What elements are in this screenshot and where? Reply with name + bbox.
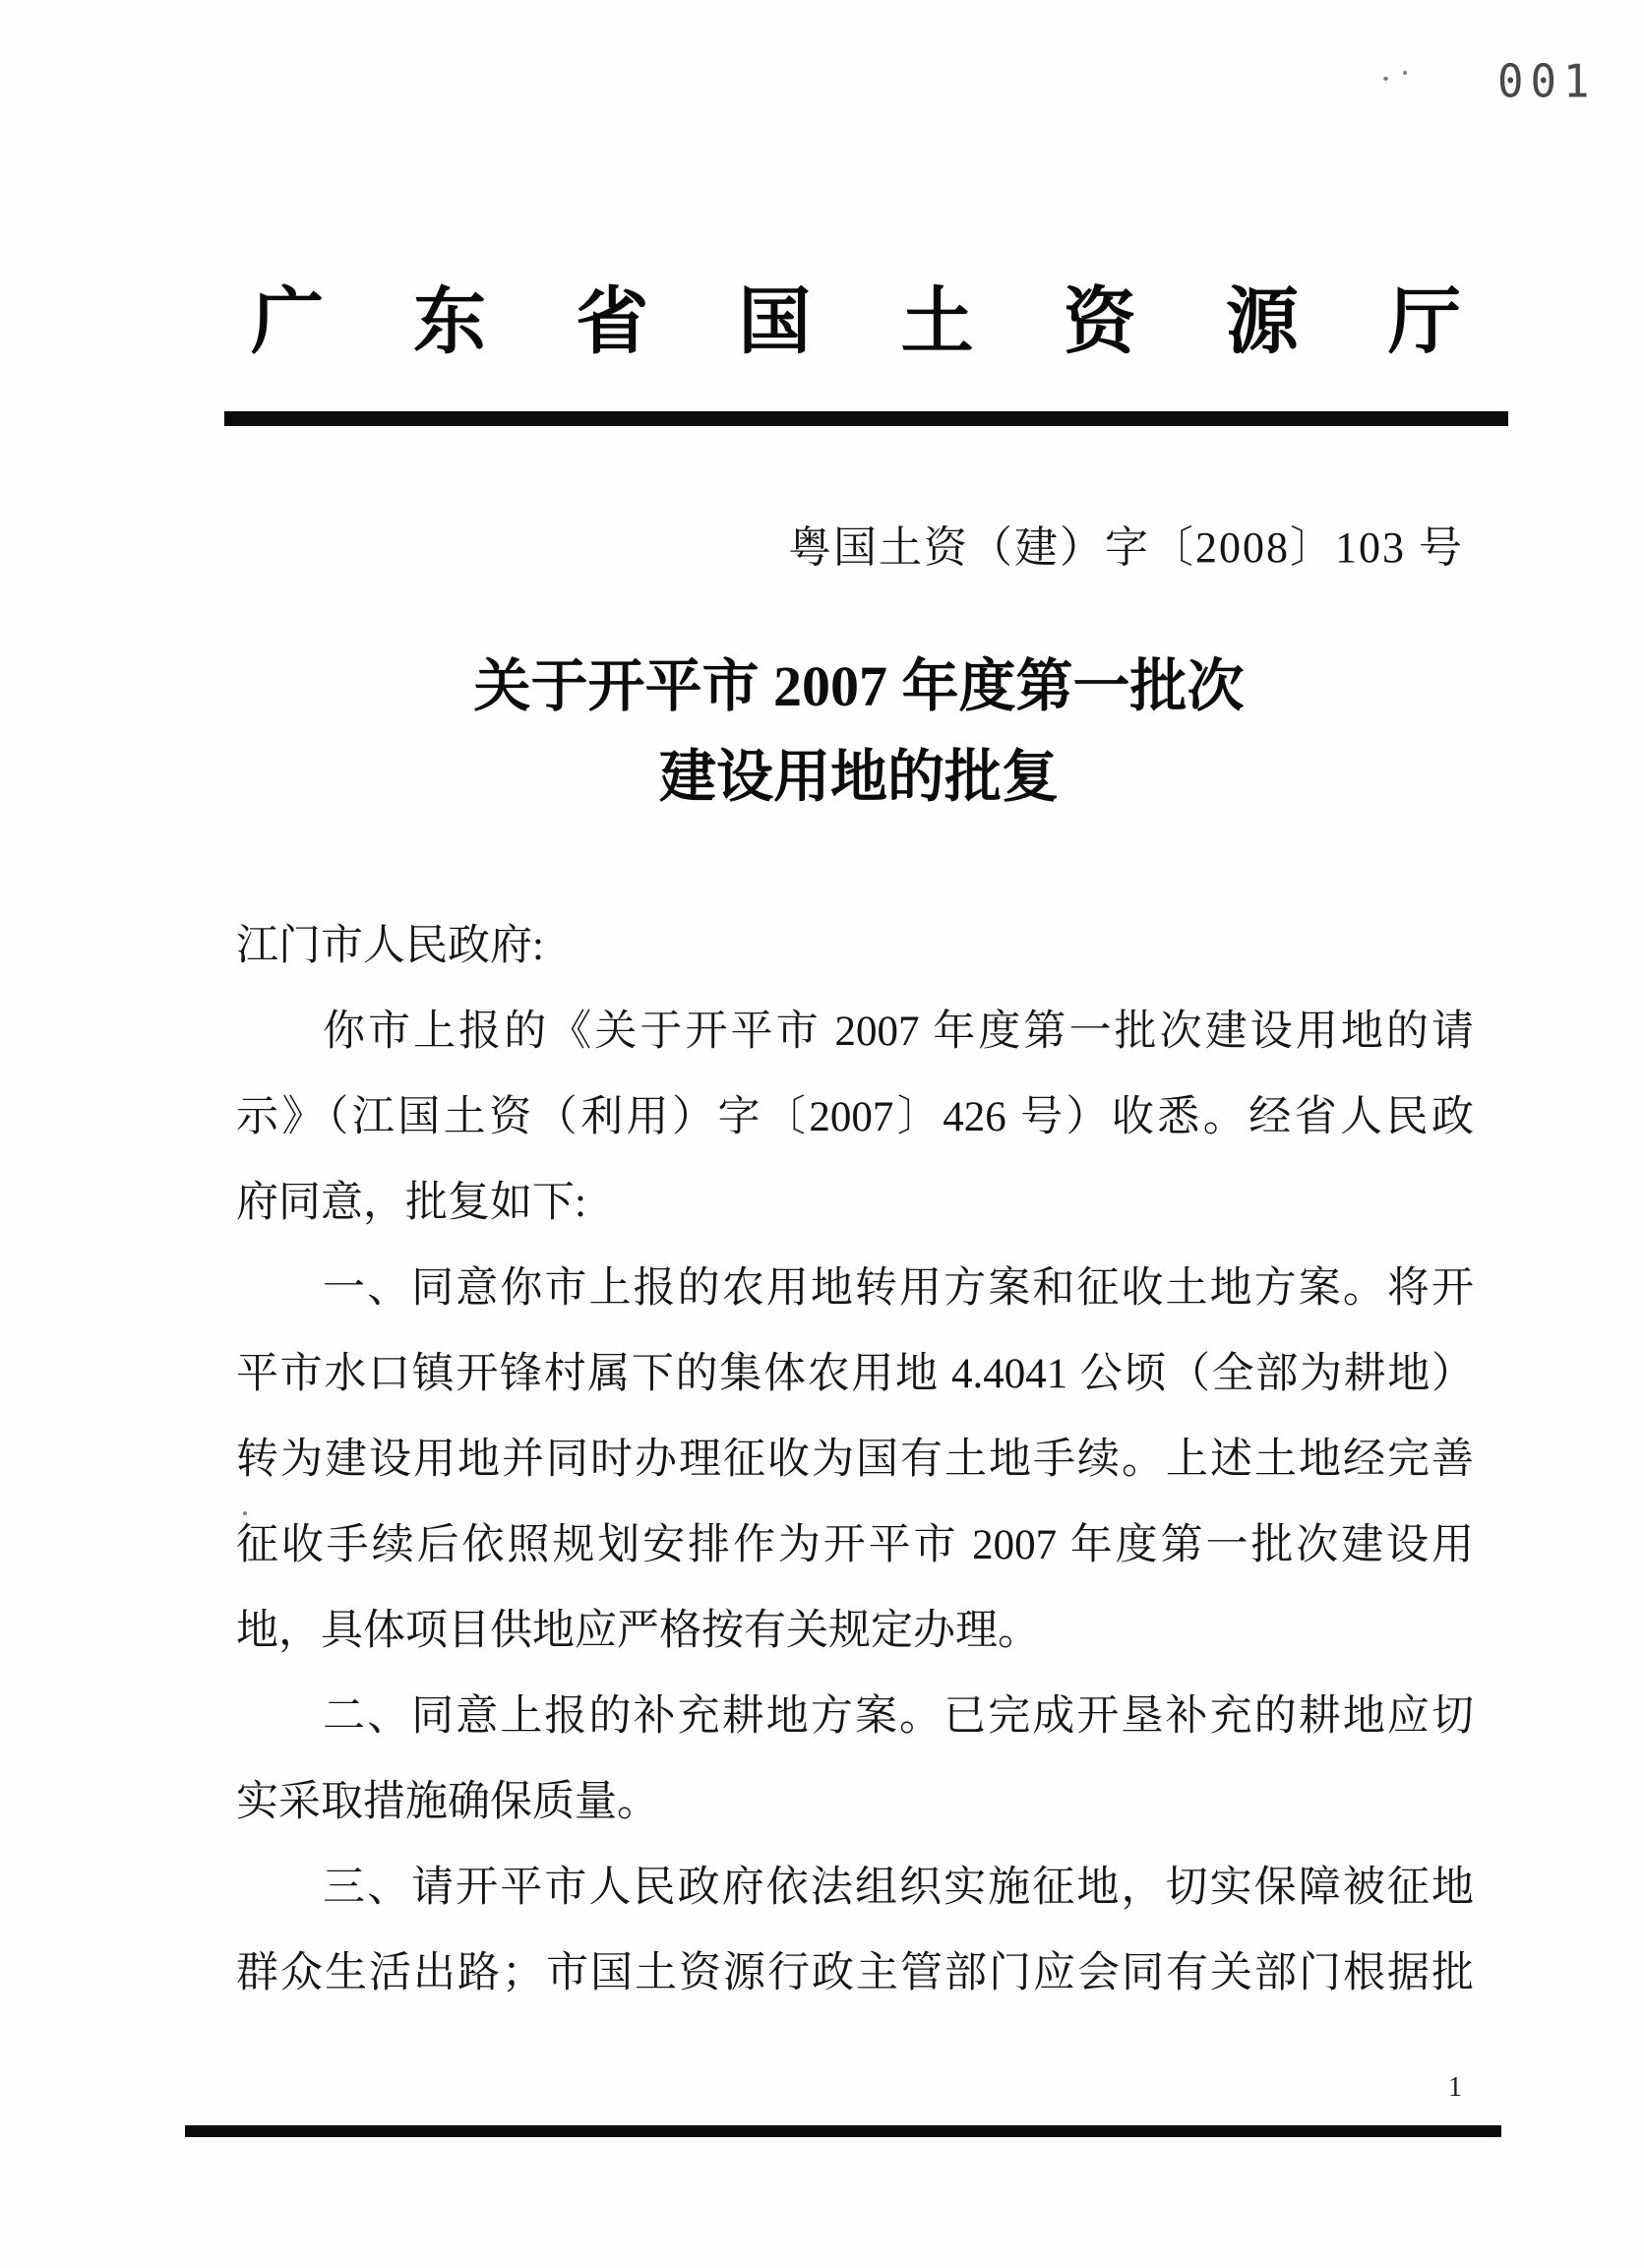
body-line: 三、请开平市人民政府依法组织实施征地，切实保障被征地 xyxy=(236,1845,1474,1931)
body-line: 征收手续后依照规划安排作为开平市 2007 年度第一批次建设用 xyxy=(236,1502,1474,1588)
document-reference-number: 粤国土资（建）字〔2008〕103 号 xyxy=(788,512,1464,575)
body-line: 府同意，批复如下: xyxy=(236,1160,1474,1246)
document-title-line1: 关于开平市 2007 年度第一批次 xyxy=(76,642,1642,732)
salutation: 江门市人民政府: xyxy=(236,903,1474,989)
body-line: 平市水口镇开锋村属下的集体农用地 4.4041 公顷（全部为耕地） xyxy=(236,1331,1474,1417)
header-rule xyxy=(224,411,1508,426)
body-line: 实采取措施确保质量。 xyxy=(236,1759,1474,1845)
scan-speck xyxy=(1403,71,1407,75)
page-stamp-number: 001 xyxy=(1497,56,1596,109)
page-number: 1 xyxy=(1448,2072,1462,2104)
letterhead-char: 国 xyxy=(738,264,811,368)
body-text: 江门市人民政府: 你市上报的《关于开平市 2007 年度第一批次建设用地的请示》… xyxy=(236,903,1474,2016)
document-title-line2: 建设用地的批复 xyxy=(76,732,1642,823)
body-line: 地，具体项目供地应严格按有关规定办理。 xyxy=(236,1588,1474,1674)
letterhead-char: 土 xyxy=(901,264,974,368)
letterhead-char: 资 xyxy=(1064,264,1136,368)
footer-rule xyxy=(185,2125,1501,2137)
letterhead-char: 广 xyxy=(251,264,324,368)
letterhead-char: 东 xyxy=(413,264,486,368)
body-line: 一、同意你市上报的农用地转用方案和征收土地方案。将开 xyxy=(236,1246,1474,1331)
scan-speck xyxy=(1383,77,1388,81)
body-line: 二、同意上报的补充耕地方案。已完成开垦补充的耕地应切 xyxy=(236,1674,1474,1759)
letterhead-char: 省 xyxy=(576,264,648,368)
letterhead-char: 厅 xyxy=(1388,264,1461,368)
body-line: 你市上报的《关于开平市 2007 年度第一批次建设用地的请 xyxy=(236,989,1474,1074)
body-line: 示》（江国土资（利用）字〔2007〕426 号）收悉。经省人民政 xyxy=(236,1074,1474,1160)
letterhead-char: 源 xyxy=(1226,264,1299,368)
document-page: 001 广东省国土资源厅 粤国土资（建）字〔2008〕103 号 关于开平市 2… xyxy=(0,0,1644,2268)
body-line: 转为建设用地并同时办理征收为国有土地手续。上述土地经完善 xyxy=(236,1417,1474,1502)
body-line: 群众生活出路；市国土资源行政主管部门应会同有关部门根据批 xyxy=(236,1931,1474,2016)
document-title: 关于开平市 2007 年度第一批次 建设用地的批复 xyxy=(76,642,1642,823)
letterhead-org-name: 广东省国土资源厅 xyxy=(251,264,1461,368)
